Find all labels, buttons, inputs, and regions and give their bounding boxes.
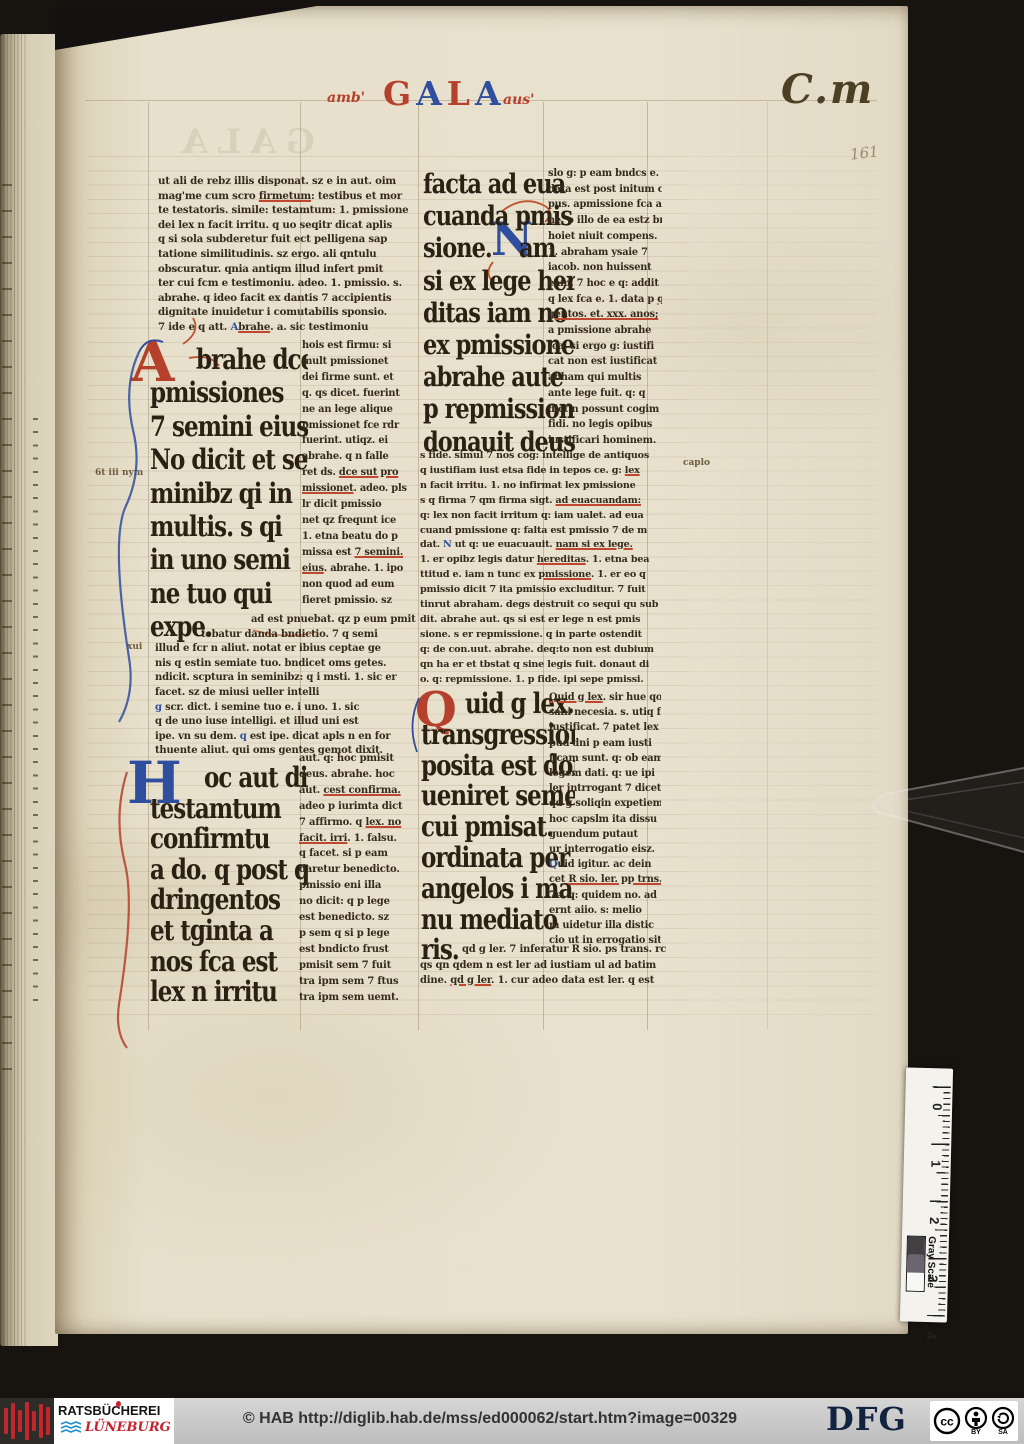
attribution-footer: RATSBÜCHEREI LÜNEBURG © HAB http://digli… — [0, 1398, 1024, 1444]
text-line: daretur benedicto. — [299, 862, 431, 878]
text-line: abrahe. q n falle — [302, 449, 426, 465]
scan-background: GALA amb' GALA aus' C.m 161 6t iii nym x… — [0, 0, 1024, 1398]
text-line: o. q: repmissione. 1. p fide. ipi sepe p… — [420, 673, 664, 688]
text-line: fidi. no legis opibus — [548, 417, 662, 433]
text-line: p sem q si p lege — [299, 926, 431, 942]
text-line: iacob. non huissent — [548, 260, 662, 276]
gloss-wide-right: s fide. simul 7 nos cog: intellige de an… — [420, 449, 664, 688]
gloss-mid-left: hois est firmu: simult pmissionetdei fir… — [302, 338, 426, 608]
text-line: dict n possunt cogim — [548, 402, 662, 418]
text-line: 0 — [887, 1098, 945, 1115]
gray-scale-label: Gray Scale — [924, 1236, 937, 1300]
gray-patch-dark — [908, 1237, 925, 1255]
text-line: pud dni p eam iusti — [549, 736, 661, 751]
text-line: tatione similitudinis. sz ergo. ali qntu… — [158, 247, 434, 262]
text-line: he. o illo de ea estz bndcs. — [548, 213, 662, 229]
text-line: ficam sunt. q: ob eam — [549, 751, 661, 766]
text-line: ret ds. dce sut pro — [302, 465, 426, 481]
running-title-left-abbrev: amb' — [327, 90, 365, 106]
text-line: 7 ide e q att. Abrahe. a. sic testimoniu — [158, 320, 434, 335]
text-line: m uidetur illa distic — [549, 918, 661, 933]
text-line: ne an lege alique — [302, 402, 426, 418]
text-line: dit. abrahe aut. qs si est er lege n est… — [420, 613, 664, 628]
text-line: fca. si ergo g: iustifi — [548, 339, 662, 355]
text-line: aut. q: hoc pmisit — [299, 751, 431, 767]
text-line: q: de con.uut. abrahe. deq:to non est du… — [420, 643, 664, 658]
margin-note-left-2: xui — [127, 642, 142, 652]
text-line: a pmissione abrahe — [548, 323, 662, 339]
text-line: dignitate inuidetur i comutabilis sponsi… — [158, 305, 434, 320]
text-line: eius. abrahe. 1. ipo — [302, 561, 426, 577]
vertical-rule — [767, 102, 768, 1030]
margin-note-left: 6t iii nym — [95, 468, 143, 478]
plastic-page-holder — [853, 752, 1024, 884]
text-line: q lex fca e. 1. data p qda — [548, 292, 662, 308]
cc-icon: cc — [933, 1407, 961, 1435]
pricking-marks — [33, 418, 38, 1010]
text-line: non quod ad eum — [302, 577, 426, 593]
text-line: tra ipm sem uemt. — [299, 990, 431, 1006]
measurement-ruler: 01234 Gray Scale — [900, 1067, 953, 1322]
text-line: dat. N ut q: ue euacuauit. nam si ex leg… — [420, 538, 664, 553]
waves-icon — [60, 1421, 82, 1435]
text-line: hois est firmu: si — [302, 338, 426, 354]
text-line: lex n irritu — [150, 974, 308, 1011]
text-line: sione. s er repmissione. q in parte oste… — [420, 628, 664, 643]
text-line: 1. abraham ysaie 7 — [548, 245, 662, 261]
horizontal-ruling-margin — [687, 156, 877, 1028]
text-line: ter cui fcm e testimoniu. adeo. 1. pmiss… — [158, 276, 434, 291]
text-line: 1. etna beatu do p — [302, 529, 426, 545]
text-line: abrahe. q ideo facit ex dantis 7 accipie… — [158, 291, 434, 306]
text-line: cet R sio. ler. pp trns. — [549, 872, 661, 887]
text-line: s q firma 7 qm firma sigt. ad euacuandam… — [420, 494, 664, 509]
text-line: q: lex non facit irritum q: iam ualet. a… — [420, 509, 664, 524]
text-line: eam. 7 hoc e q: addit — [548, 276, 662, 292]
text-line: pmissio eni illa — [299, 878, 431, 894]
text-line: pus. apmissione fca ab — [548, 197, 662, 213]
text-line: deus. abrahe. hoc — [299, 767, 431, 783]
ratsbuecherei-logo: RATSBÜCHEREI LÜNEBURG — [54, 1398, 174, 1444]
digitized-manuscript-scan: GALA amb' GALA aus' C.m 161 6t iii nym x… — [0, 0, 1024, 1444]
text-line: n facit irritu. 1. no infirmat lex pmiss… — [420, 479, 664, 494]
lemma-abrahe: brahe dce stpmissiones7 semini eius.No d… — [150, 344, 308, 645]
gray-patch-white — [907, 1273, 924, 1291]
text-line: obscuratur. qnia antiqm illud infert pmi… — [158, 262, 434, 277]
text-line: data est post initum ce — [548, 182, 662, 198]
text-line: dei lex n facit irritu. q uo seqitr dica… — [158, 218, 434, 233]
cc-sa-icon: SA — [991, 1406, 1015, 1436]
text-line: hoc capslm ita dissu — [549, 812, 661, 827]
text-line: 4 — [882, 1326, 940, 1343]
text-line: Quid g lex. sir hue qo — [549, 690, 661, 705]
text-line: ante lege fuit. q: q — [548, 386, 662, 402]
book-gutter-pages — [0, 34, 58, 1346]
text-line: ttitud e. iam n tunc ex pmissione. 1. er… — [420, 568, 664, 583]
text-line: sani necesia. s. utiq fide — [549, 705, 661, 720]
text-line: qd g ler. 7 inferatur R sio. ps trans. r… — [420, 942, 672, 958]
text-line: cuand pmissione q: falta est pmissio 7 d… — [420, 524, 664, 539]
text-line: ut ali de rebz illis disponat. sz e in a… — [158, 174, 434, 189]
sa-label: SA — [998, 1430, 1008, 1436]
cc-glyph: cc — [940, 1415, 954, 1429]
text-line: slo g: p eam bndcs e. q — [548, 166, 662, 182]
text-line: est benedicto. sz — [299, 910, 431, 926]
text-line: net qz frequnt ice — [302, 513, 426, 529]
text-line: 7e. q: quidem no. ad — [549, 888, 661, 903]
by-label: BY — [971, 1430, 981, 1436]
gloss-top-left: ut ali de rebz illis disponat. sz e in a… — [158, 174, 434, 335]
text-line: dine. qd g ler. 1. cur adeo data est ler… — [420, 973, 672, 989]
running-title: GALA — [383, 74, 506, 113]
text-line: iustificari hominem. — [548, 433, 662, 449]
text-line: est bndicto frust — [299, 942, 431, 958]
text-line: 1. er opibz legis datur hereditas. 1. et… — [420, 553, 664, 568]
text-line: missionet. adeo. pls — [302, 481, 426, 497]
text-line: ler intrrogant 7 dicet. — [549, 781, 661, 796]
text-line: no dicit: q p lege — [299, 894, 431, 910]
text-line: mag'me cum scro firmetum: testibus et mo… — [158, 189, 434, 204]
gloss-wide-bottom: qd g ler. 7 inferatur R sio. ps trans. r… — [420, 942, 672, 989]
chapter-mark: C.m — [781, 66, 874, 113]
text-line: fuerint. utiqz. ei — [302, 433, 426, 449]
text-line: hoiet niuit compens. — [548, 229, 662, 245]
text-line: Quid igitur. ac dein — [549, 857, 661, 872]
text-line: 1 — [886, 1155, 944, 1172]
text-line: ur interrogatio eisz. — [549, 842, 661, 857]
text-line: q. qs dicet. fuerint — [302, 386, 426, 402]
cc-license-badge[interactable]: cc BY SA — [930, 1401, 1018, 1441]
text-line: qn ha er et tbstat q sine legis fuit. do… — [420, 658, 664, 673]
umlaut-dot-accent — [116, 1401, 121, 1407]
text-line: q si sola subderetur fuit ect pelligena … — [158, 232, 434, 247]
text-line: gentos. et. xxx. anos; — [548, 307, 662, 323]
text-line: q iustifiam iust etsa fide in tepos ce. … — [420, 464, 664, 479]
library-name: RATSBÜCHEREI — [58, 1403, 160, 1418]
text-line: cat non est iustificat — [548, 354, 662, 370]
text-line: abham qui multis — [548, 370, 662, 386]
vertical-rule — [148, 102, 149, 1030]
gloss-right-top: slo g: p eam bndcs e. qdata est post ini… — [548, 166, 662, 449]
gray-patch-mid — [907, 1255, 924, 1273]
text-line: dei firme sunt. et — [302, 370, 426, 386]
text-line: mult pmissionet — [302, 354, 426, 370]
text-line: te testatoris. simile: testamtum: 1. pmi… — [158, 203, 434, 218]
library-city: LÜNEBURG — [85, 1420, 171, 1435]
gloss-bottom-left: aut. q: hoc pmisitdeus. abrahe. hocaut. … — [299, 751, 431, 1006]
text-line: adeo p iurimta dict — [299, 799, 431, 815]
text-line: pmissio dicit 7 ita pmissio excluditur. … — [420, 583, 664, 598]
text-line: qd g soliqin expetiem — [549, 796, 661, 811]
text-line: qs qn qdem n est ler ad iustiam ul ad ba… — [420, 958, 672, 974]
text-line: aut. cest confirma. — [299, 783, 431, 799]
text-line: tra ipm sem 7 ftus — [299, 974, 431, 990]
text-line: pmissionet fce rdr — [302, 418, 426, 434]
text-line: guendum putaut — [549, 827, 661, 842]
gray-scale-patches — [906, 1236, 926, 1292]
ratsbuecherei-bars-icon — [0, 1398, 54, 1444]
ruler-numbers: 01234 — [902, 1078, 925, 1364]
text-line: facit. irri. 1. falsu. — [299, 831, 431, 847]
running-title-right-abbrev: aus' — [503, 92, 534, 108]
lemma-hoc: oc aut dicotestamtumconfirmtua do. q pos… — [150, 764, 308, 1009]
folio-number-pencil: 161 — [849, 142, 880, 163]
gloss-right-bottom: Quid g lex. sir hue qosani necesia. s. u… — [549, 690, 661, 948]
text-line: 7 affirmo. q lex. no — [299, 815, 431, 831]
text-line: lr dicit pmissio — [302, 497, 426, 513]
text-line: ernt aiio. s: melio — [549, 903, 661, 918]
cc-by-icon: BY — [964, 1406, 988, 1436]
text-line: q facet. si p eam — [299, 846, 431, 862]
text-line: 2 — [885, 1212, 943, 1229]
source-url[interactable]: © HAB http://diglib.hab.de/mss/ed000062/… — [160, 1410, 820, 1428]
text-line: missa est 7 semini. — [302, 545, 426, 561]
bleedthrough-title: GALA — [173, 122, 315, 162]
text-line: fieret pmissio. sz — [302, 593, 426, 609]
text-line: iustificat. 7 patet lex a — [549, 720, 661, 735]
manuscript-page: GALA amb' GALA aus' C.m 161 6t iii nym x… — [55, 6, 908, 1334]
text-line: pmisit sem 7 fuit — [299, 958, 431, 974]
text-line: s fide. simul 7 nos cog: intellige de an… — [420, 449, 664, 464]
dfg-logo[interactable]: DFG — [826, 1400, 907, 1438]
text-line: tinrut abraham. degs destruit co sequi q… — [420, 598, 664, 613]
text-line: legem dati. q: ue ipi — [549, 766, 661, 781]
margin-note-right: caplo — [683, 458, 710, 468]
